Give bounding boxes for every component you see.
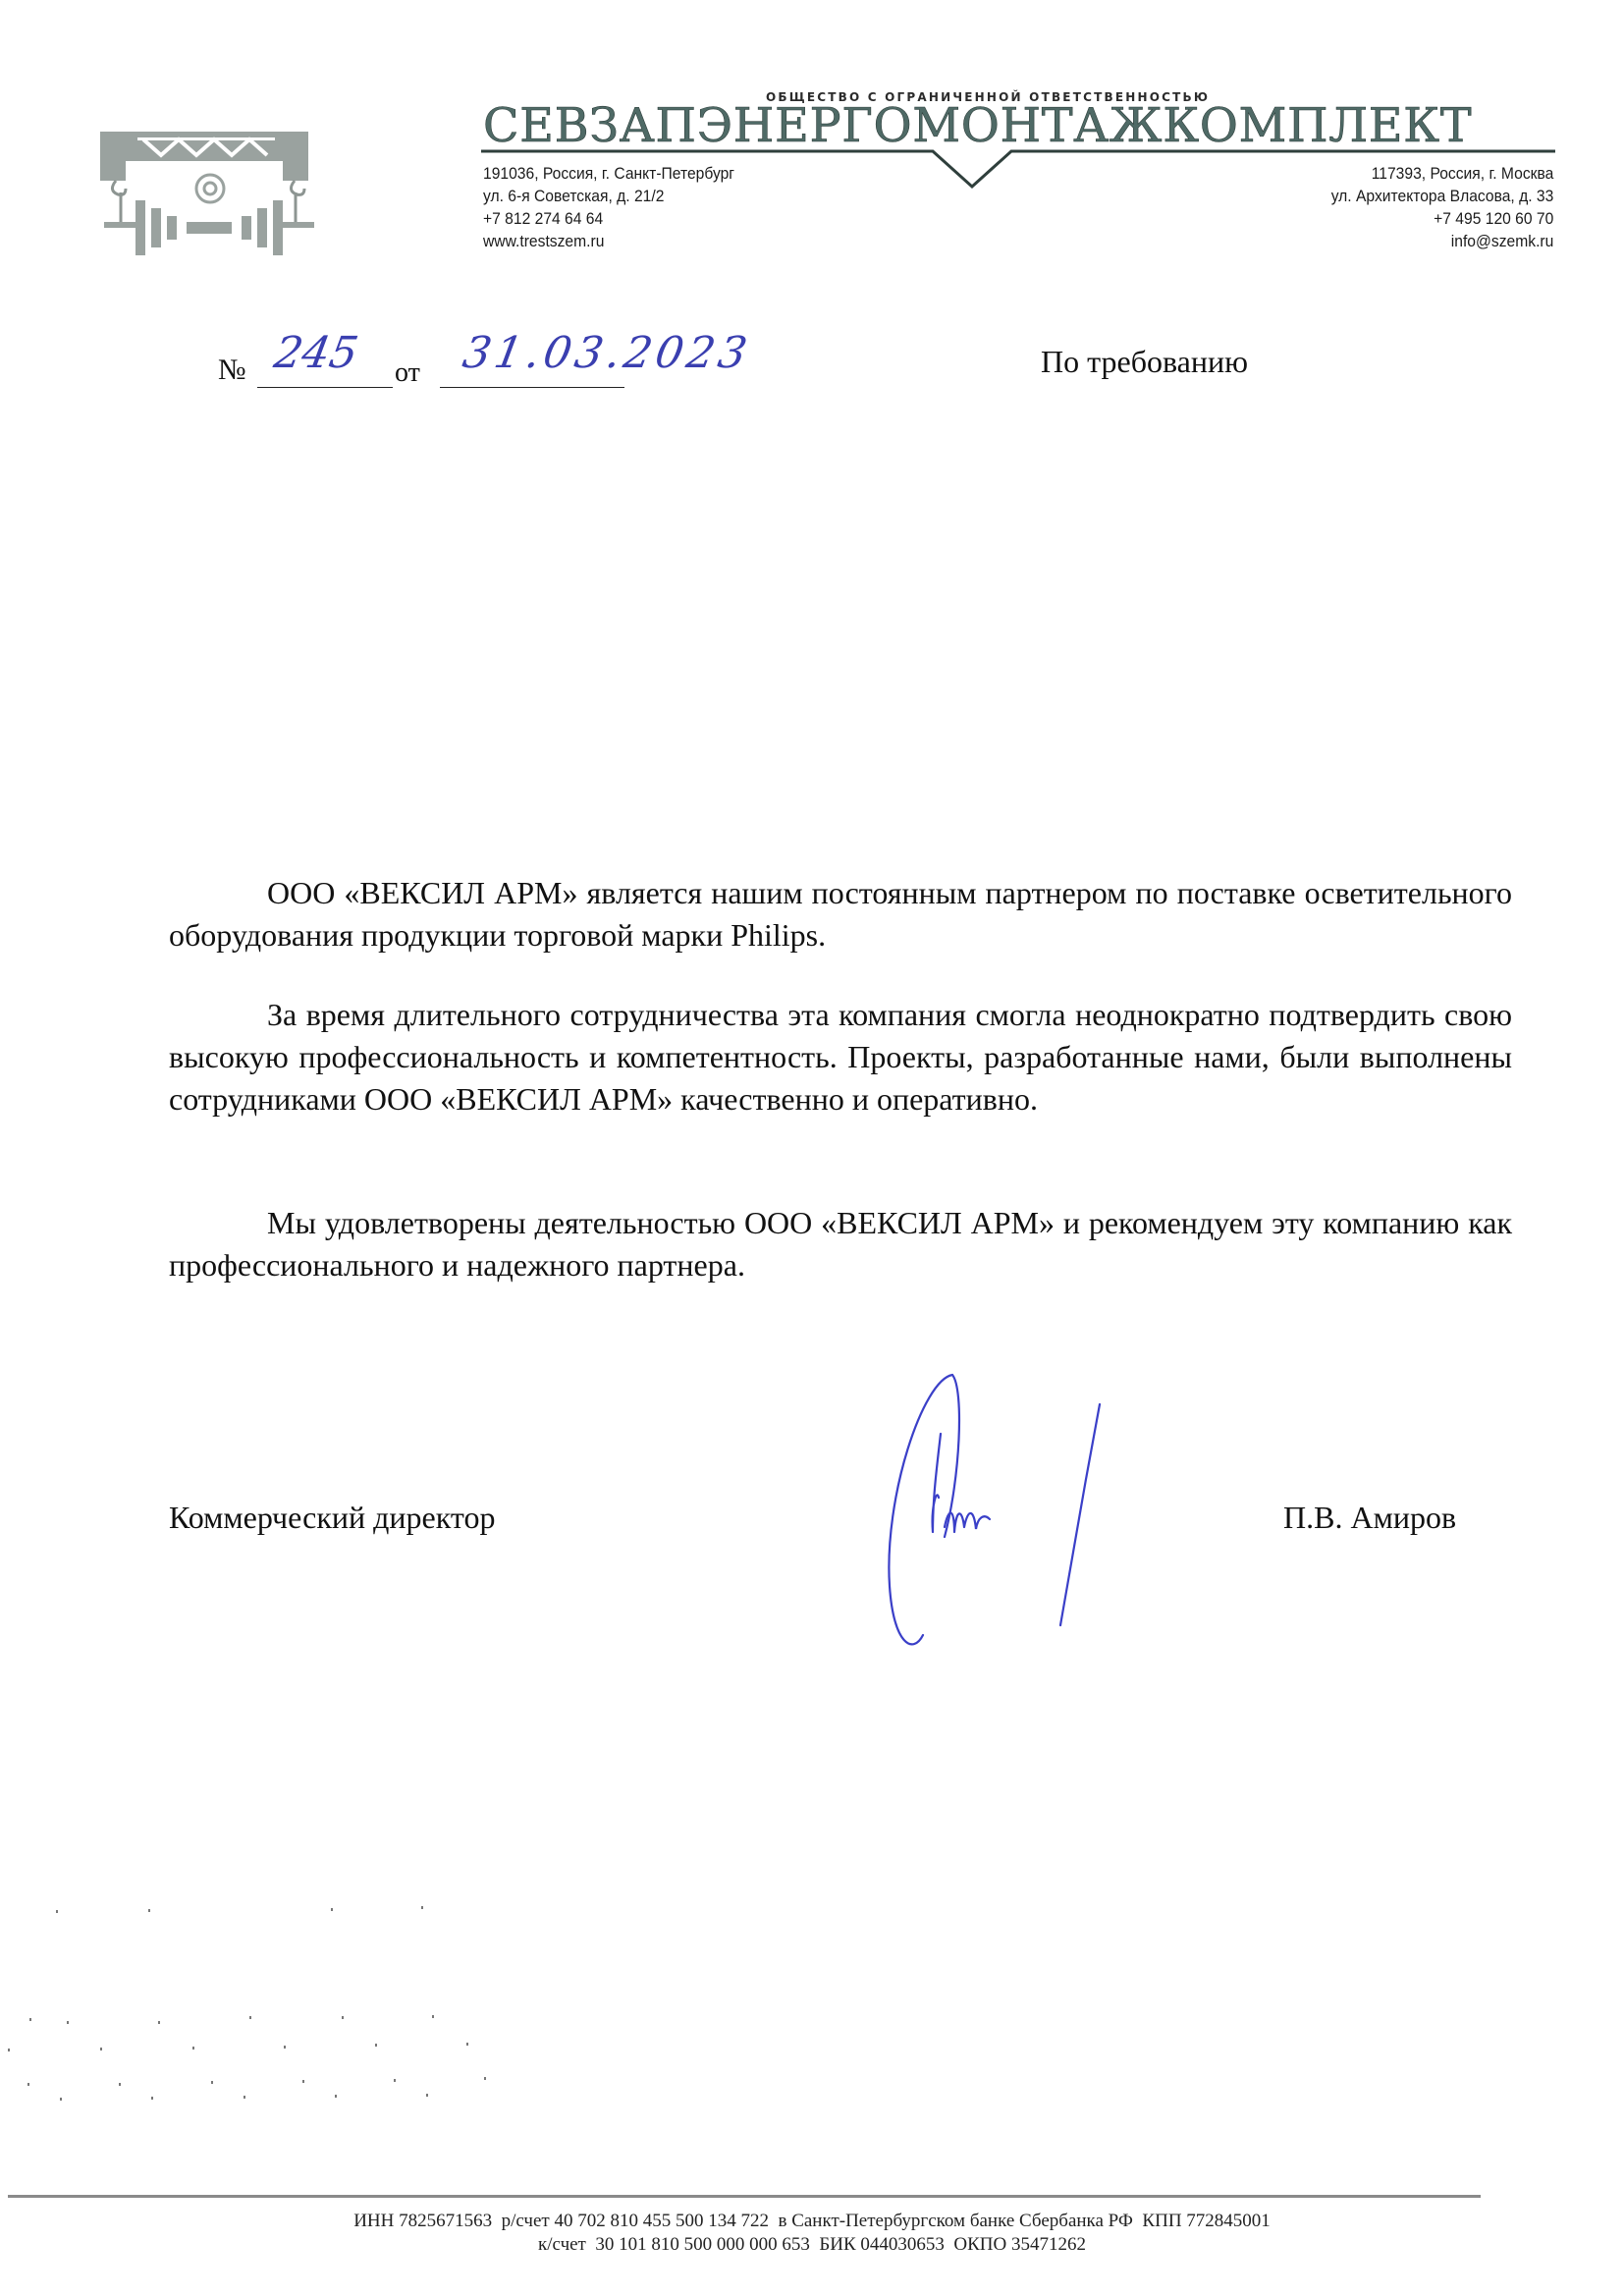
moscow-address-line2: ул. Архитектора Власова, д. 33 (1330, 185, 1553, 207)
moscow-phone: +7 495 120 60 70 (1330, 207, 1553, 230)
ref-date-underline (440, 387, 624, 388)
moscow-office-address: 117393, Россия, г. Москва ул. Архитектор… (1312, 162, 1553, 252)
moscow-email: info@szemk.ru (1330, 230, 1553, 252)
ref-date-label: от (395, 357, 420, 389)
body-paragraph-2: За время длительного сотрудничества эта … (169, 994, 1512, 1121)
footer-rule (8, 2195, 1481, 2198)
footer-line-2: к/счет 30 101 810 500 000 000 653 БИК 04… (0, 2233, 1624, 2257)
spb-address-line1: 191036, Россия, г. Санкт-Петербург (483, 162, 734, 185)
ref-number-label: № (218, 354, 246, 387)
ref-number-underline (257, 387, 393, 388)
addressee: По требованию (1041, 344, 1248, 380)
spb-phone: +7 812 274 64 64 (483, 207, 734, 230)
handwritten-signature-icon (854, 1360, 1178, 1655)
body-paragraph-1: ООО «ВЕКСИЛ АРМ» является нашим постоянн… (169, 872, 1512, 957)
spb-website: www.trestszem.ru (483, 230, 734, 252)
spb-office-address: 191036, Россия, г. Санкт-Петербург ул. 6… (483, 162, 756, 252)
moscow-address-line1: 117393, Россия, г. Москва (1330, 162, 1553, 185)
reference-line: № 245 от 31.03.2023 (218, 334, 807, 393)
spb-address-line2: ул. 6-я Советская, д. 21/2 (483, 185, 734, 207)
company-name: СЕВЗАПЭНЕРГОМОНТАЖКОМПЛЕКТ (483, 96, 1472, 155)
gantry-crane-logo-icon (94, 126, 330, 273)
signer-title: Коммерческий директор (169, 1500, 495, 1536)
body-paragraph-3: Мы удовлетворены деятельностью ООО «ВЕКС… (169, 1202, 1512, 1286)
footer-line-1: ИНН 7825671563 р/счет 40 702 810 455 500… (0, 2210, 1624, 2233)
ref-number-handwritten: 245 (271, 328, 362, 378)
ref-date-handwritten: 31.03.2023 (460, 328, 755, 378)
signer-name: П.В. Амиров (1283, 1500, 1456, 1536)
footer-bank-details: ИНН 7825671563 р/счет 40 702 810 455 500… (0, 2210, 1624, 2257)
